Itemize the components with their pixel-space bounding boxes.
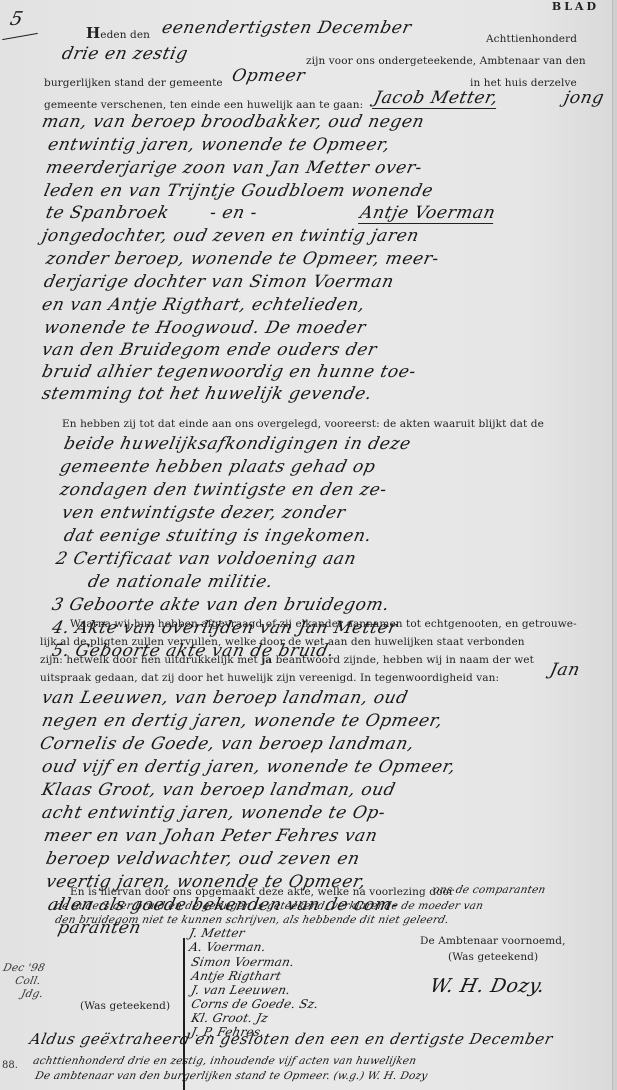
closing-hand: den bruidegom niet te kunnen schrijven, … [54, 914, 450, 926]
groom-line: jong [562, 88, 606, 108]
document-line: 3 Geboorte akte van den bruidegom. [50, 595, 391, 615]
signature: J. van Leeuwen. [190, 983, 292, 997]
bride-line: derjarige dochter van Simon Voerman [42, 272, 396, 292]
signature: Kl. Groot. Jz [190, 1011, 269, 1025]
closing-hand: de ouders der bruid en de getuigen is ge… [54, 900, 484, 912]
officials-text: zijn voor ons ondergeteekende, Ambtenaar… [306, 55, 586, 67]
bride-line: van den Bruidegom ende ouders der [40, 340, 379, 360]
documents-intro: En hebben zij tot dat einde aan ons over… [62, 418, 544, 430]
signed-label-right: (Was geteekend) [448, 951, 538, 963]
groom-line: entwintig jaren, wonende te Opmeer, [46, 135, 392, 155]
witness-line: van Leeuwen, van beroep landman, oud [40, 688, 410, 708]
groom-line: man, van beroep broodbakker, oud negen [40, 112, 426, 132]
sheet-label: BLAD [552, 0, 599, 13]
signature: Simon Voerman. [190, 955, 296, 969]
bride-line: stemming tot het huwelijk gevende. [40, 384, 374, 404]
document-line: ven entwintigste dezer, zonder [60, 503, 347, 523]
page-number: 88. [2, 1060, 18, 1071]
margin-note: Dec '98 [2, 962, 46, 974]
signature: Corns de Goede. Sz. [190, 997, 320, 1011]
bride-line: wonende te Hoogwoud. De moeder [42, 318, 368, 338]
groom-line: leden en van Trijntje Goudbloem wonende [42, 181, 435, 201]
witness-line: oud vijf en dertig jaren, wonende te Opm… [40, 757, 458, 777]
vows-line: zijn: hetwelk door hen uitdrukkelijk met… [40, 654, 534, 666]
vows-line: Waarna wij hun hebben afgevraagd of zij … [70, 618, 577, 630]
closing-intro: En is hiervan door ons opgemaakt deze ak… [70, 886, 454, 898]
vows-line: uitspraak gedaan, dat zij door het huwel… [40, 672, 499, 684]
page-edge [612, 0, 617, 1090]
bride-name: Antje Voerman [358, 203, 497, 224]
and-label: - en - [208, 203, 259, 223]
bride-line: jongedochter, oud zeven en twintig jaren [40, 226, 421, 246]
municipality: Opmeer [230, 66, 307, 86]
final-line: achttienhonderd drie en zestig, inhouden… [32, 1055, 417, 1067]
document-line: gemeente hebben plaats gehad op [58, 457, 377, 477]
year-rest: drie en zestig [60, 44, 190, 64]
bride-line: zonder beroep, wonende te Opmeer, meer- [44, 249, 441, 269]
margin-note: Jdg. [20, 988, 44, 1000]
groom-line: meerderjarige zoon van Jan Metter over- [44, 158, 424, 178]
yes-word: ja [261, 654, 272, 666]
witness-line: meer en van Johan Peter Fehres van [42, 826, 379, 846]
witness-line: Klaas Groot, van beroep landman, oud [40, 780, 397, 800]
final-line: De ambtenaar van den burgerlijken stand … [34, 1070, 429, 1082]
groom-line: te Spanbroek [44, 203, 171, 223]
document-line: zondagen den twintigste en den ze- [58, 480, 389, 500]
date-day-month: eenendertigsten December [160, 18, 413, 38]
signature: Antje Rigthart [190, 969, 282, 983]
final-line: Aldus geëxtraheerd en gesloten den een e… [28, 1030, 555, 1048]
witness-line: acht entwintig jaren, wonende te Op- [40, 803, 387, 823]
register-page: BLAD 5 Heden den eenendertigsten Decembe… [0, 0, 617, 1090]
official-signature: W. H. Dozy. [428, 975, 547, 997]
signature: A. Voerman. [188, 940, 267, 954]
entry-number-underline [2, 33, 38, 40]
signature-bracket [183, 938, 185, 1090]
margin-note: Coll. [14, 975, 42, 987]
groom-name: Jacob Metter, [372, 88, 500, 109]
document-line: dat eenige stuiting is ingekomen. [62, 526, 374, 546]
document-line: beide huwelijksafkondigingen in deze [62, 434, 413, 454]
document-line: de nationale militie. [86, 572, 275, 592]
appeared-label: gemeente verschenen, ten einde een huwel… [44, 99, 363, 111]
civil-registry-label: burgerlijken stand der gemeente [44, 77, 223, 89]
entry-number: 5 [8, 8, 25, 30]
bride-line: en van Antje Rigthart, echtelieden, [40, 295, 367, 315]
intro-text: Heden den [86, 24, 150, 42]
document-line: 2 Certificaat van voldoening aan [54, 549, 358, 569]
drop-cap: H [86, 24, 100, 42]
signature: J. Metter [188, 926, 246, 940]
witness-line: negen en dertig jaren, wonende te Opmeer… [40, 711, 445, 731]
official-label: De Ambtenaar voornoemd, [420, 935, 566, 947]
bride-line: bruid alhier tegenwoordig en hunne toe- [40, 362, 418, 382]
witness-first: Jan [548, 660, 582, 680]
signed-label-left: (Was geteekend) [80, 1000, 170, 1012]
vows-line: lijk al de pligten zullen vervullen, wel… [40, 636, 525, 648]
witness-line: Cornelis de Goede, van beroep landman, [38, 734, 416, 754]
closing-hand: ons de comparanten [432, 884, 547, 896]
century-label: Achttienhonderd [486, 33, 577, 45]
witness-line: beroep veldwachter, oud zeven en [44, 849, 362, 869]
